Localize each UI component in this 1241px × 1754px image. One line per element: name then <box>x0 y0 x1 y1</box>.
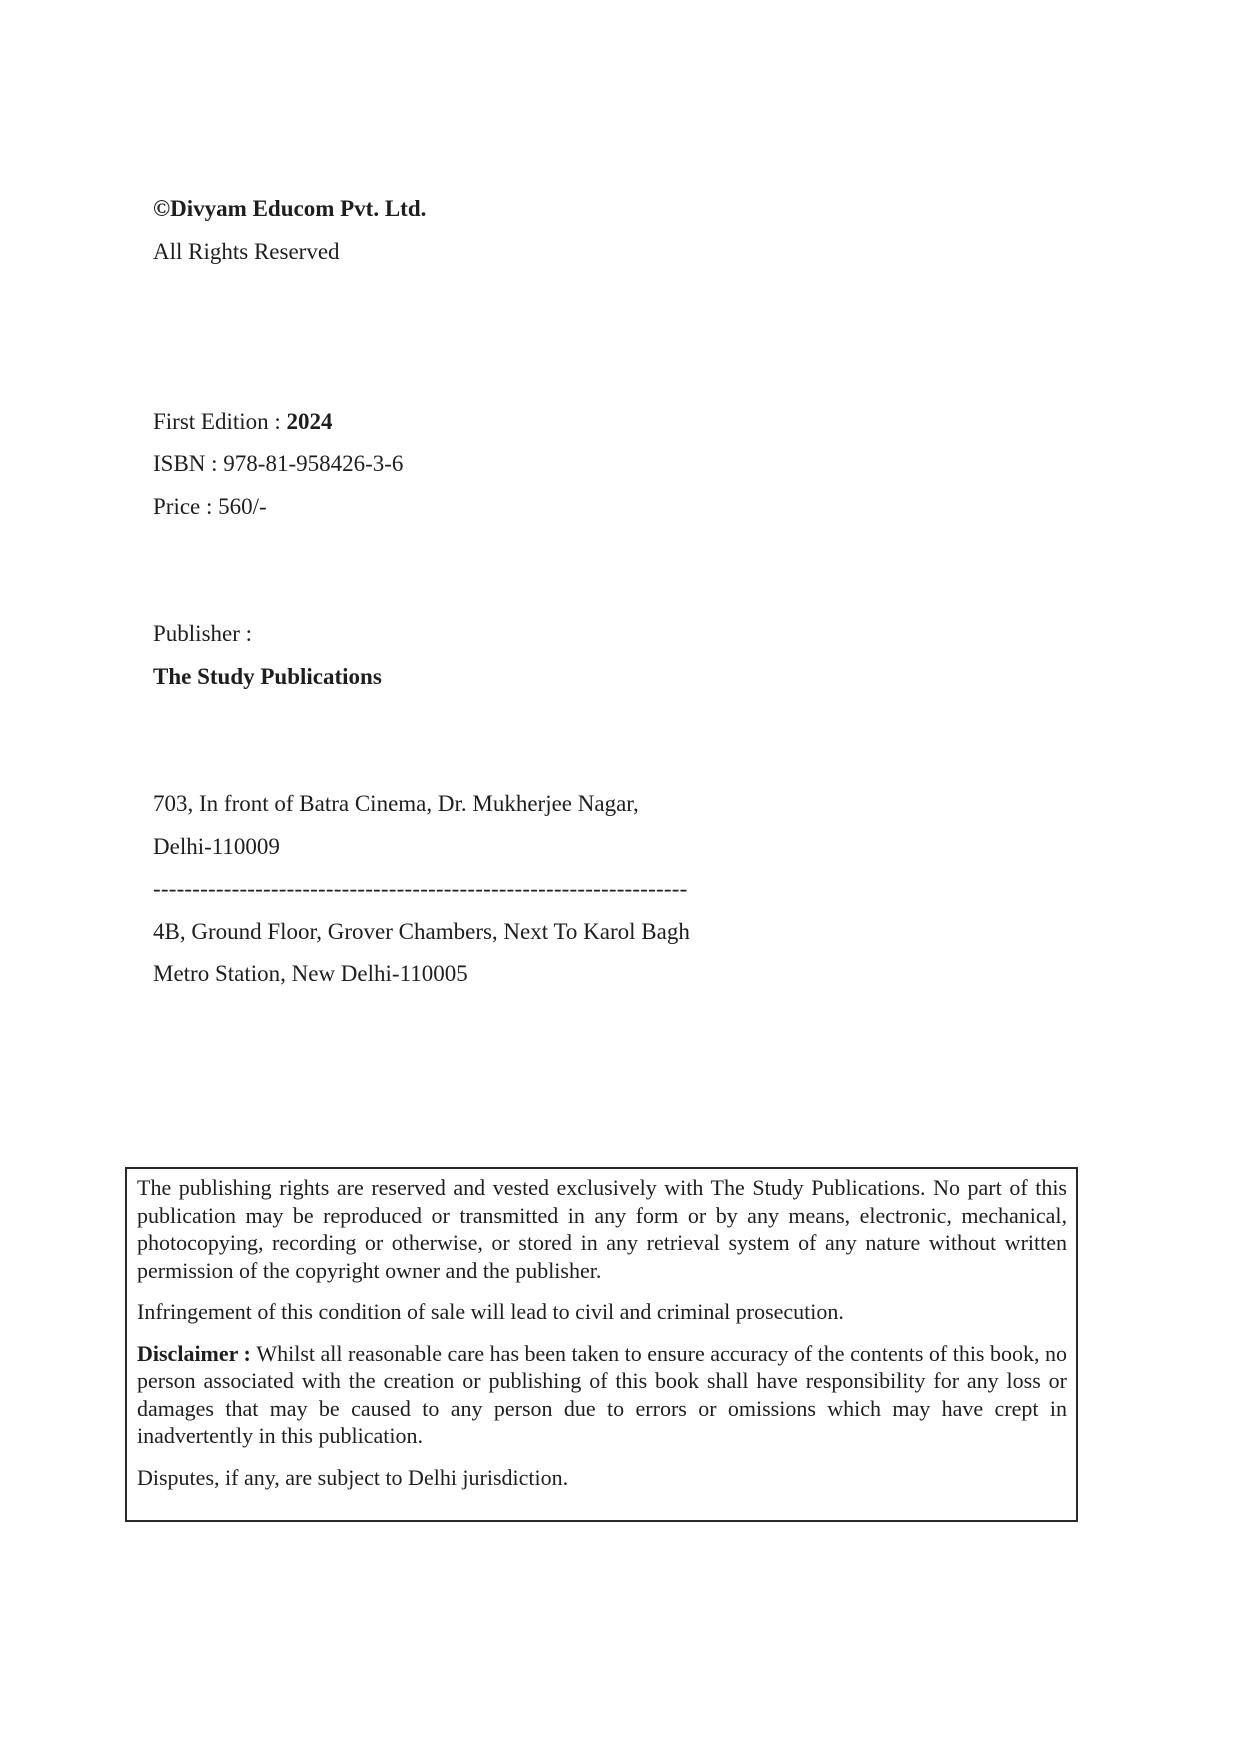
isbn: ISBN : 978-81-958426-3-6 <box>153 450 403 478</box>
address-secondary-line-1: 4B, Ground Floor, Grover Chambers, Next … <box>153 918 690 946</box>
copyright-notice-box: The publishing rights are reserved and v… <box>125 1167 1078 1522</box>
copyright-holder: ©Divyam Educom Pvt. Ltd. <box>153 195 426 223</box>
address-secondary-line-2: Metro Station, New Delhi-110005 <box>153 960 468 988</box>
rights-statement: All Rights Reserved <box>153 238 340 266</box>
disclaimer-paragraph: Disclaimer : Whilst all reasonable care … <box>137 1340 1067 1450</box>
address-primary-line-1: 703, In front of Batra Cinema, Dr. Mukhe… <box>153 790 639 818</box>
jurisdiction-paragraph: Disputes, if any, are subject to Delhi j… <box>137 1464 1067 1492</box>
price: Price : 560/- <box>153 493 267 521</box>
rights-paragraph: The publishing rights are reserved and v… <box>137 1174 1067 1284</box>
disclaimer-label: Disclaimer : <box>137 1341 256 1366</box>
infringement-paragraph: Infringement of this condition of sale w… <box>137 1298 1067 1326</box>
edition-line: First Edition : 2024 <box>153 408 333 436</box>
publisher-label: Publisher : <box>153 620 252 648</box>
address-divider: ----------------------------------------… <box>153 875 687 903</box>
disclaimer-text: Whilst all reasonable care has been take… <box>137 1341 1067 1449</box>
edition-year: 2024 <box>287 409 333 434</box>
publisher-name: The Study Publications <box>153 663 382 691</box>
address-primary-line-2: Delhi-110009 <box>153 833 280 861</box>
edition-label: First Edition : <box>153 409 287 434</box>
